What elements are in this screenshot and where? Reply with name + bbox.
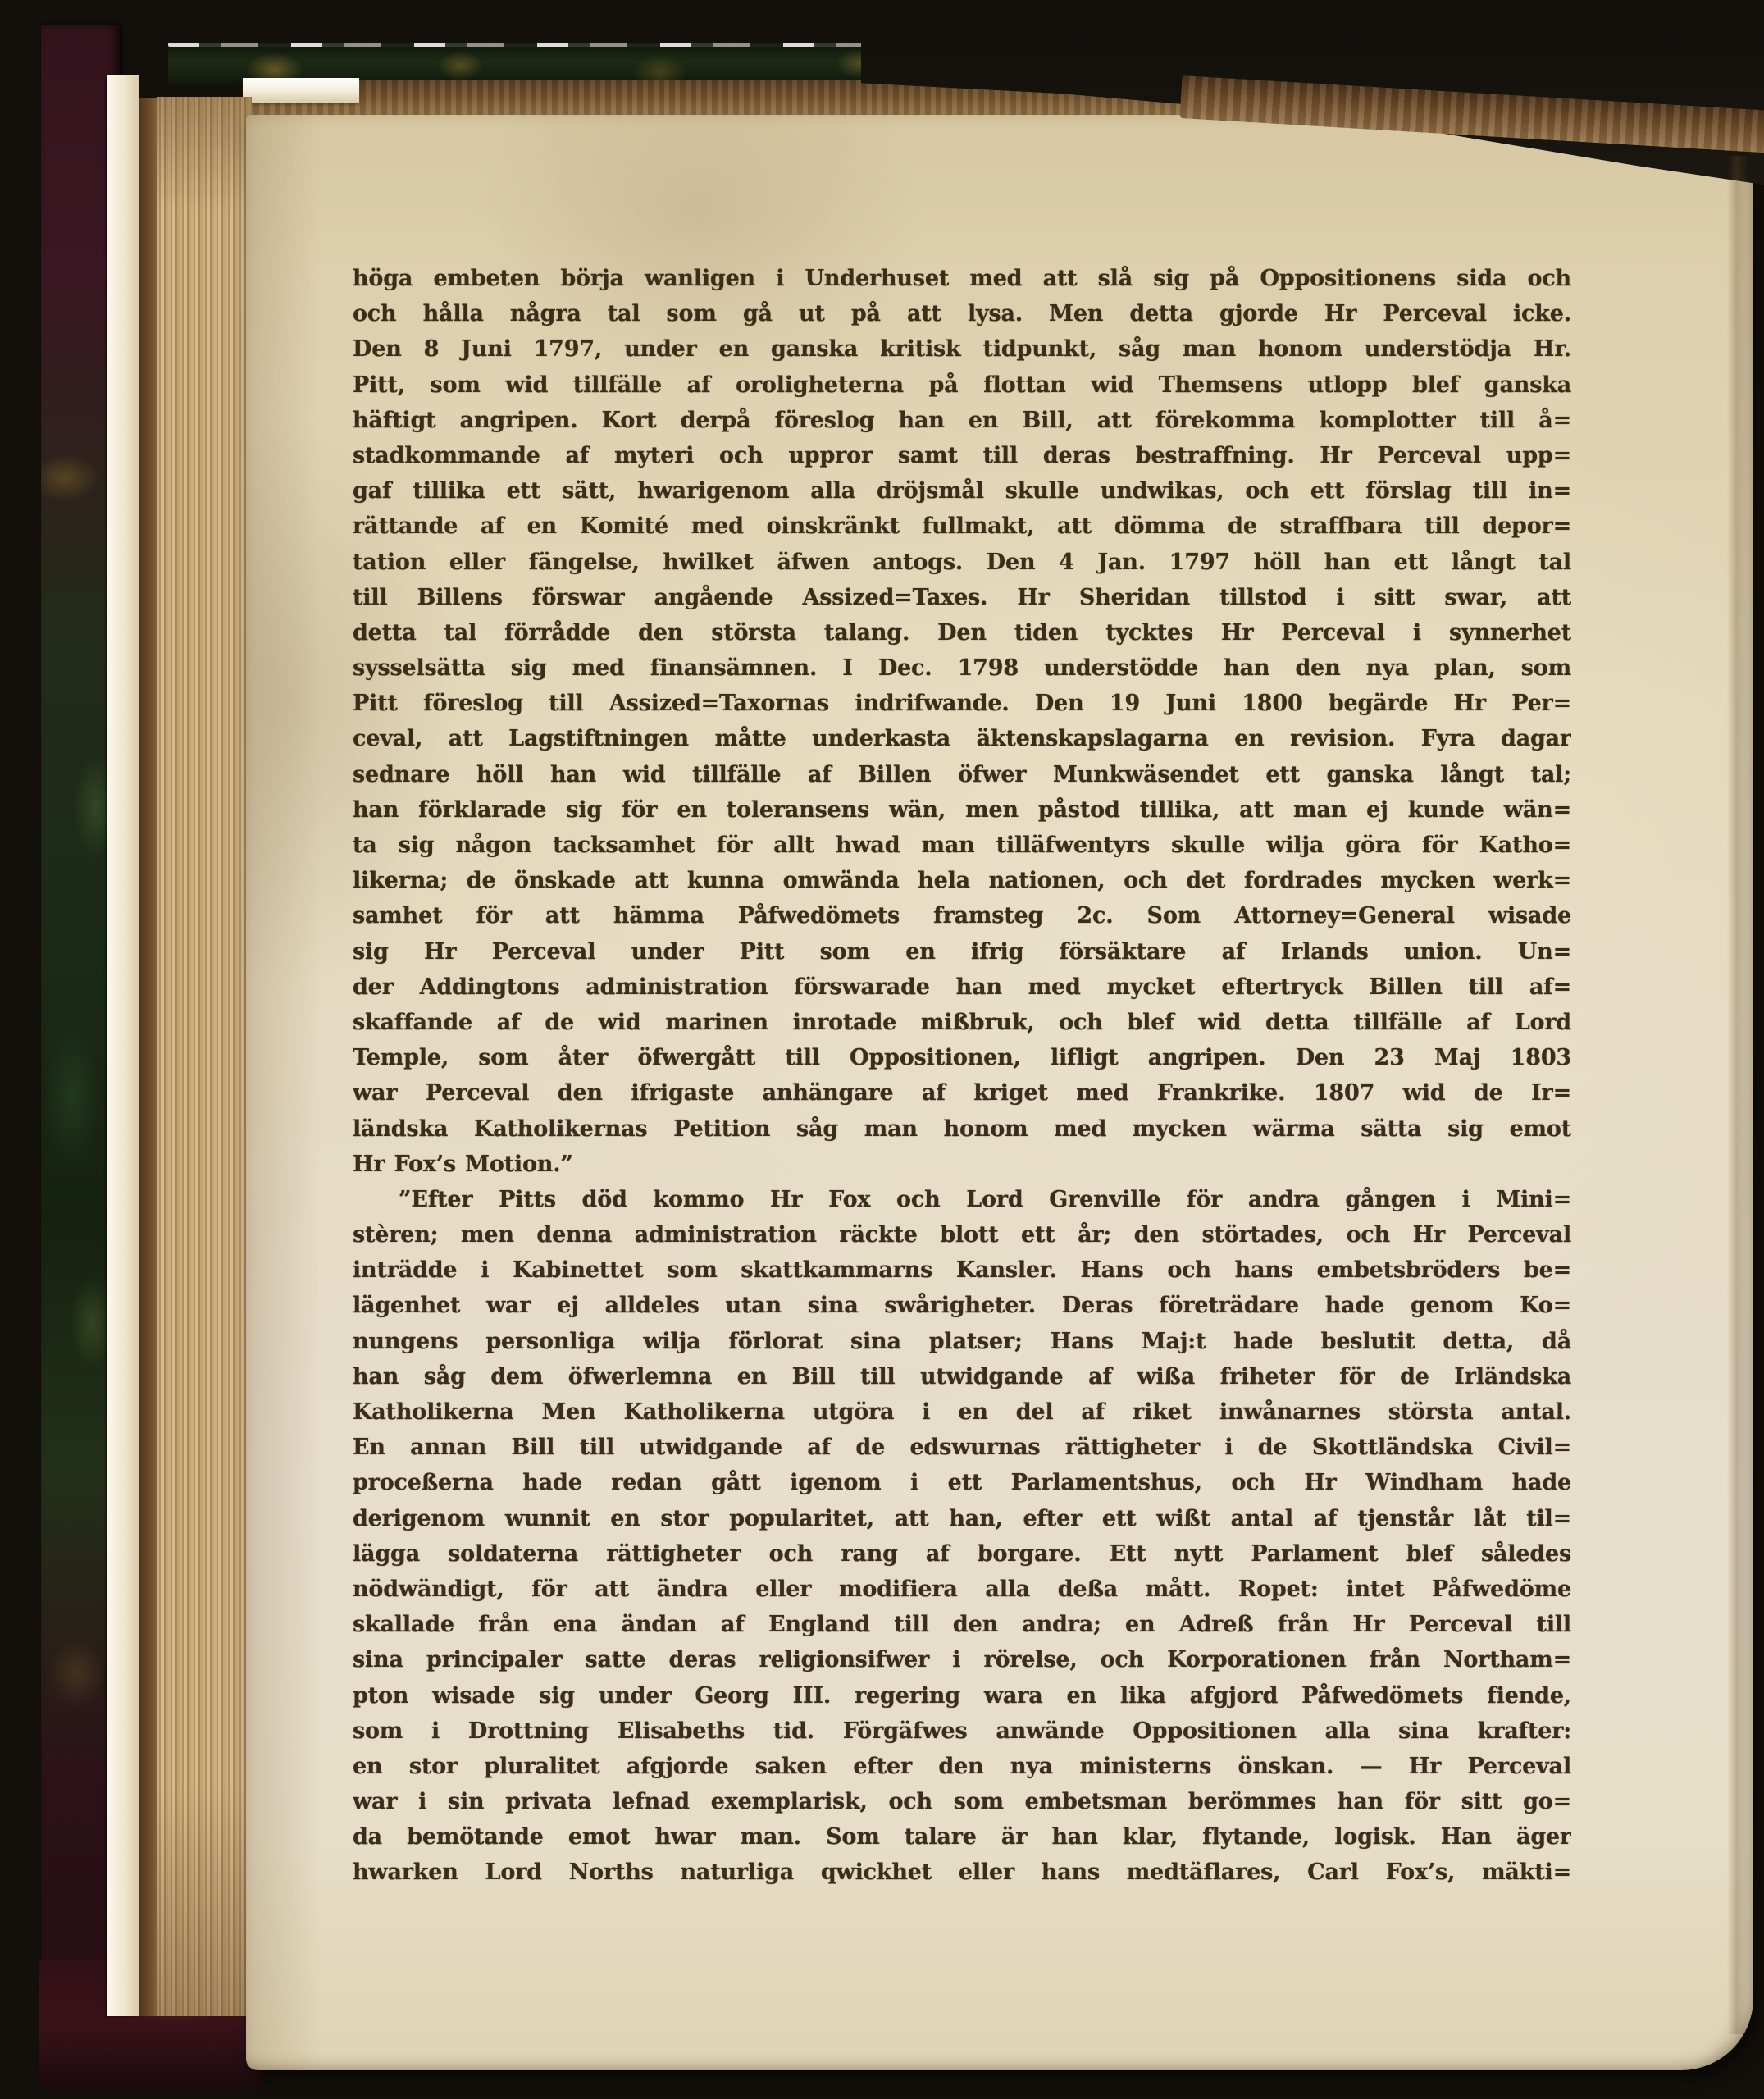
text-line: Pitt föreslog till Assized=Taxornas indr… xyxy=(353,686,1571,721)
text-line: nungens personliga wilja förlorat sina p… xyxy=(353,1324,1571,1359)
text-line: stadkommande af myteri och uppror samt t… xyxy=(353,438,1571,473)
text-line: och hålla några tal som gå ut på att lys… xyxy=(353,296,1571,331)
text-line: likerna; de önskade att kunna omwända he… xyxy=(353,863,1571,898)
text-line: han förklarade sig för en toleransens wä… xyxy=(353,792,1571,828)
text-line: Temple, som åter öfwergått till Oppositi… xyxy=(353,1040,1571,1075)
text-line: ”Efter Pitts död kommo Hr Fox och Lord G… xyxy=(353,1182,1571,1217)
text-line: da bemötande emot hwar man. Som talare ä… xyxy=(353,1819,1571,1855)
text-line: häftigt angripen. Kort derpå föreslog ha… xyxy=(353,403,1571,438)
text-line: lägga soldaterna rättigheter och rang af… xyxy=(353,1536,1571,1572)
text-line: derigenom wunnit en stor popularitet, at… xyxy=(353,1501,1571,1536)
text-line: en stor pluralitet afgjorde saken efter … xyxy=(353,1749,1571,1784)
text-line: samhet för att hämma Påfwedömets framste… xyxy=(353,898,1571,933)
page-block-shadow-line xyxy=(139,98,157,2016)
text-line: rättande af en Komité med oinskränkt ful… xyxy=(353,509,1571,544)
text-line: ceval, att Lagstiftningen måtte underkas… xyxy=(353,721,1571,756)
text-line: skaffande af de wid marinen inrotade miß… xyxy=(353,1005,1571,1040)
text-line: Hr Fox’s Motion.” xyxy=(353,1147,1571,1182)
white-leaf-top-edge xyxy=(243,78,359,103)
book-scan-photo: höga embeten börja wanligen i Underhuset… xyxy=(0,0,1764,2099)
text-line: tation eller fängelse, hwilket äfwen ant… xyxy=(353,545,1571,580)
text-line: pton wisade sig under Georg III. regerin… xyxy=(353,1678,1571,1713)
text-lines: höga embeten börja wanligen i Underhuset… xyxy=(353,261,1571,1891)
text-line: stèren; men denna administration räckte … xyxy=(353,1217,1571,1253)
text-line: der Addingtons administration förswarade… xyxy=(353,970,1571,1005)
text-line: gaf tillika ett sätt, hwarigenom alla dr… xyxy=(353,473,1571,509)
text-line: sina principaler satte deras religionsif… xyxy=(353,1642,1571,1677)
text-line: inträdde i Kabinettet som skattkammarns … xyxy=(353,1253,1571,1288)
page-block-fore-edge xyxy=(157,97,252,2016)
white-leaf-edge xyxy=(107,75,139,2016)
text-line: skallade från ena ändan af England till … xyxy=(353,1607,1571,1642)
text-line: som i Drottning Elisabeths tid. Förgäfwe… xyxy=(353,1713,1571,1749)
page-crease xyxy=(1727,156,1748,2034)
text-line: En annan Bill till utwidgande af de edsw… xyxy=(353,1430,1571,1465)
text-line: ländska Katholikernas Petition såg man h… xyxy=(353,1111,1571,1147)
text-line: sednare höll han wid tillfälle af Billen… xyxy=(353,757,1571,792)
text-line: sig Hr Perceval under Pitt som en ifrig … xyxy=(353,934,1571,970)
text-line: ta sig någon tacksamhet för allt hwad ma… xyxy=(353,828,1571,863)
text-line: nödwändigt, för att ändra eller modifier… xyxy=(353,1572,1571,1607)
text-line: proceßerna hade redan gått igenom i ett … xyxy=(353,1465,1571,1500)
text-line: höga embeten börja wanligen i Underhuset… xyxy=(353,261,1571,296)
text-line: lägenhet war ej alldeles utan sina swåri… xyxy=(353,1288,1571,1323)
text-line: hwarken Lord Norths naturliga qwickhet e… xyxy=(353,1855,1571,1890)
text-line: war i sin privata lefnad exemplarisk, oc… xyxy=(353,1784,1571,1819)
text-line: sysselsätta sig med finansämnen. I Dec. … xyxy=(353,650,1571,686)
text-line: war Perceval den ifrigaste anhängare af … xyxy=(353,1075,1571,1111)
text-line: Pitt, som wid tillfälle af oroligheterna… xyxy=(353,367,1571,403)
text-line: Katholikerna Men Katholikerna utgöra i e… xyxy=(353,1394,1571,1430)
text-line: han såg dem öfwerlemna en Bill till utwi… xyxy=(353,1359,1571,1394)
text-line: Den 8 Juni 1797, under en ganska kritisk… xyxy=(353,331,1571,367)
text-line: detta tal förrådde den största talang. D… xyxy=(353,615,1571,650)
text-line: till Billens förswar angående Assized=Ta… xyxy=(353,580,1571,615)
